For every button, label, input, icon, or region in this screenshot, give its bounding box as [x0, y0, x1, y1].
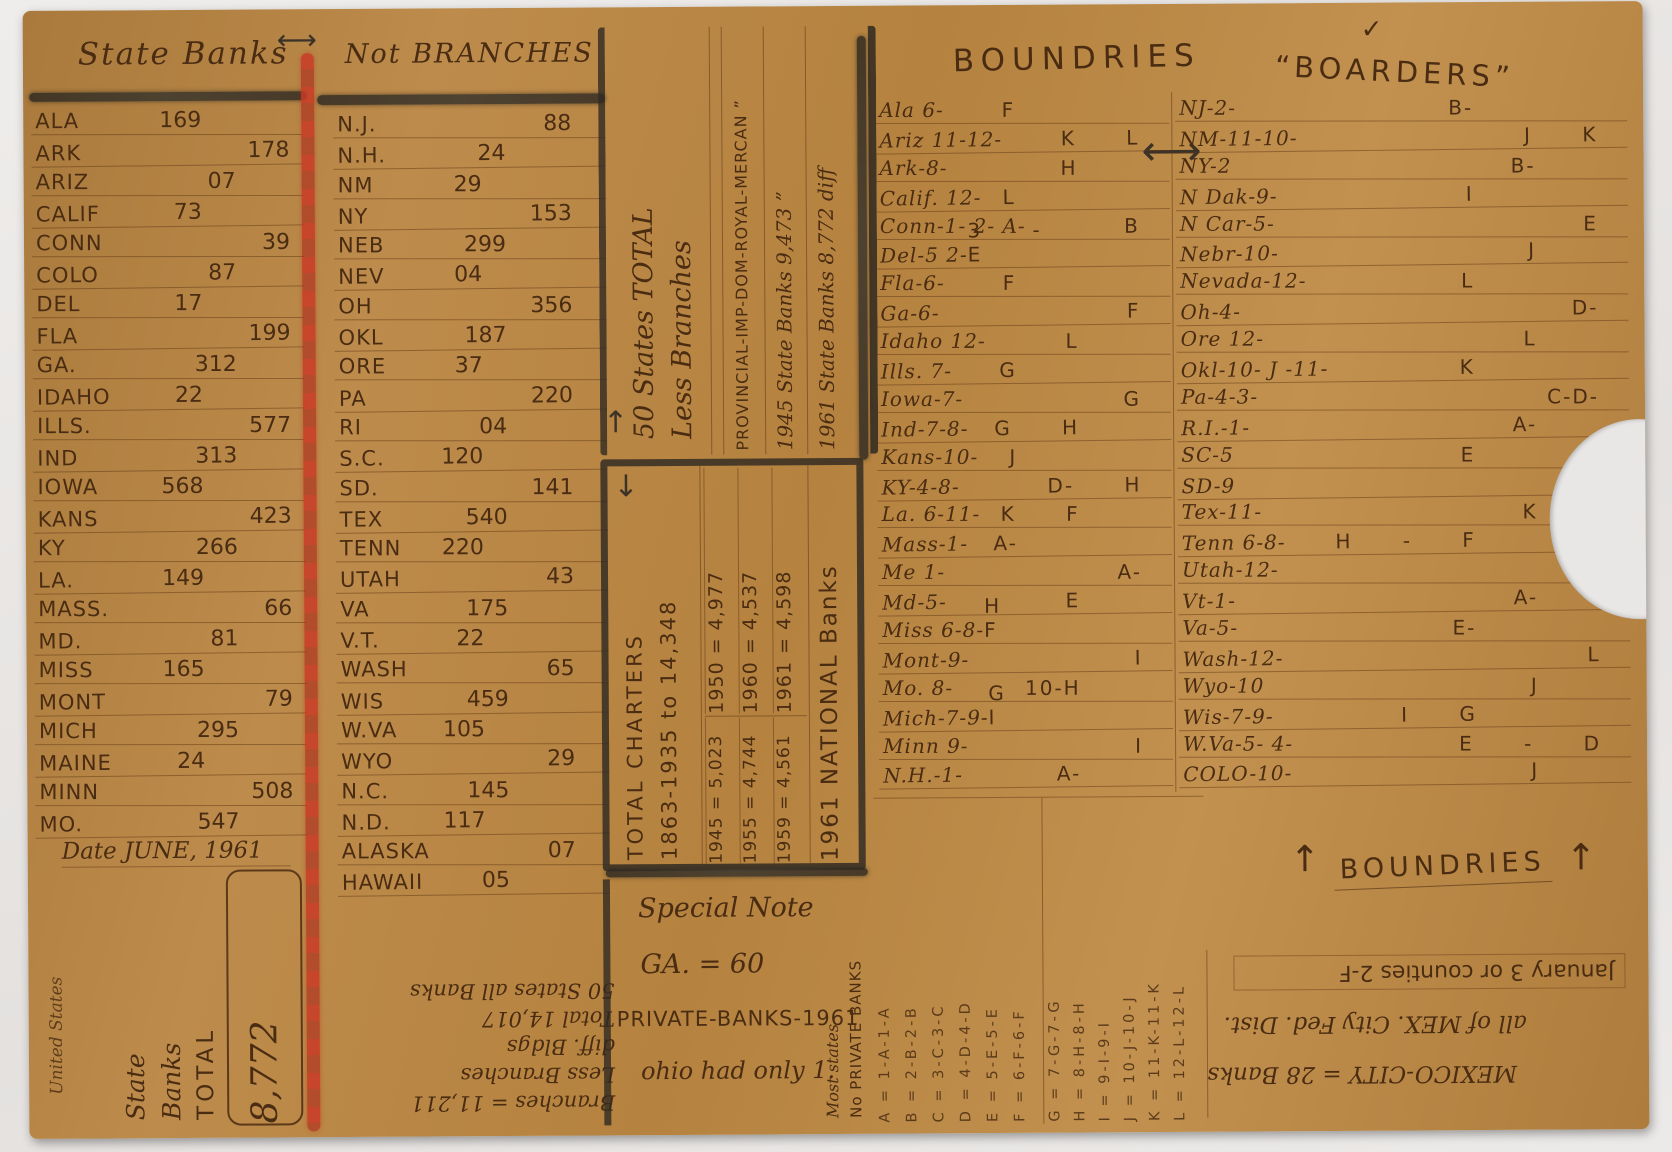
state-value: 73: [174, 199, 202, 224]
boundry-codes: I G: [1401, 701, 1477, 726]
state-value: 312: [195, 352, 237, 377]
cipher-line: G = 7-G-7-G: [1045, 800, 1063, 1122]
table-row: ILLS. 577: [33, 409, 305, 440]
boundry-codes: F: [1003, 271, 1017, 295]
boundry-state: Ind-7-8-: [881, 416, 969, 441]
state-value: 79: [265, 686, 293, 711]
boundry-state: Ills. 7-: [881, 359, 952, 384]
cipher-column: I = 9-I-9-I: [1095, 799, 1122, 1121]
state-label: N.D.: [341, 810, 391, 835]
state-value: 568: [161, 474, 203, 499]
mexico-note-line1: January 3 or counties 2-F: [1233, 953, 1625, 990]
table-row: S.C. 120: [335, 440, 607, 474]
boundry-row: N Dak-9- I: [1176, 176, 1628, 210]
boundry-row: Pa-4-3- C-D-: [1177, 381, 1629, 410]
table-row: MAINE 24: [35, 743, 307, 777]
boundry-row: W.Va-5- 4- E - D: [1179, 728, 1631, 757]
state-value: 149: [162, 565, 204, 591]
boundry-codes: I: [1134, 645, 1142, 669]
table-row: TEX 540: [335, 500, 607, 534]
state-value: 37: [455, 354, 483, 379]
state-label: MASS.: [38, 597, 109, 621]
boundry-state: Iowa-7-: [881, 387, 963, 411]
boundry-codes: G H: [994, 415, 1079, 440]
cipher-line: I = 9-I-9-I: [1095, 799, 1113, 1121]
boundries-left-table: Ala 6- F Ariz 11-12- K L Ark-8- H Calif.…: [875, 94, 1173, 789]
state-value: 120: [441, 445, 483, 471]
special-note-line4: ohio had only 1.: [641, 1056, 835, 1085]
state-value: 145: [467, 778, 509, 803]
state-label: HAWAII: [342, 871, 424, 896]
table-row: MISS 165: [35, 653, 307, 684]
special-note-box: Special Note GA. = 60 PRIVATE-BANKS-1961…: [603, 878, 874, 1126]
boundry-row: Mo. 8- 10-H: [879, 673, 1173, 702]
cipher-column: C = 3-C-3-C: [929, 800, 958, 1122]
state-label: WIS: [341, 689, 385, 714]
bottom-boundries-label-group: ↑ BOUNDRIES ↑: [1290, 837, 1590, 887]
state-label: PA: [339, 386, 367, 410]
boundry-state: Va-5-: [1182, 616, 1238, 640]
boundry-row: Mich-7-9- G I: [879, 700, 1173, 732]
table-row: W.VA 105: [337, 714, 609, 745]
year-value: 1960 = 4,537: [738, 467, 762, 713]
boundry-row: Del-5 2- 3 - E: [876, 238, 1170, 270]
table-row: N.H. 24: [333, 137, 605, 171]
state-label: MISS: [39, 658, 94, 682]
arrow-up-icon: ↑: [1290, 839, 1320, 880]
grid-cell: 1959 = 4,561: [773, 717, 808, 863]
state-value: 43: [546, 565, 574, 590]
boundry-codes: L: [1002, 185, 1015, 209]
boundry-codes: B-: [1511, 153, 1536, 177]
most-states-note: Most states: [822, 882, 842, 1118]
table-row: IND 313: [33, 438, 305, 472]
table-row: FLA 199: [32, 316, 304, 350]
red-crayon-line: [301, 53, 321, 1131]
year-value: 1945 = 5,023: [706, 718, 727, 864]
boundry-codes: I: [1135, 733, 1143, 757]
boundry-state: Wyo-10: [1183, 673, 1265, 697]
state-label: TEX: [340, 507, 384, 532]
state-label: CALIF: [36, 201, 100, 226]
boundry-state: Ala 6-: [879, 98, 944, 122]
state-value: 22: [456, 626, 484, 651]
table-row: NY 153: [334, 197, 606, 231]
boundry-codes: J: [1531, 673, 1539, 697]
table-row: WASH 65: [337, 653, 609, 684]
boundry-state: NY-2: [1180, 153, 1232, 177]
state-value: 299: [464, 233, 506, 258]
cipher-column: D = 4-D-4-D: [956, 800, 985, 1122]
table-row: KY 266: [34, 531, 306, 562]
state-label: DEL: [36, 292, 80, 316]
cipher-column: H = 8-H-8-H: [1070, 799, 1097, 1121]
state-value: 05: [482, 868, 510, 893]
boundry-codes: H: [1060, 155, 1077, 179]
state-value: 39: [262, 229, 290, 254]
cipher-line: L = 12-L-12-L: [1170, 799, 1188, 1121]
boundry-row: Okl-10- J -11- K: [1177, 350, 1629, 384]
boundry-row: Mont-9- I: [878, 642, 1172, 674]
bottom-boundries-label: BOUNDRIES: [1333, 846, 1552, 891]
grid-cell: 1960 = 4,537: [737, 467, 773, 713]
state-label: KY: [38, 536, 66, 560]
charcoal-horizontal-smudge: [606, 868, 868, 878]
boundry-codes: C-D-: [1547, 384, 1599, 408]
boundry-codes: 10-H: [1025, 675, 1081, 699]
table-row: KANS 423: [33, 499, 305, 533]
table-row: ARIZ 07: [32, 165, 304, 196]
state-label: CONN: [36, 231, 103, 255]
fifty-states-total: 50 States TOTAL: [627, 39, 660, 439]
no-private-banks-note: No PRIVATE BANKS: [846, 882, 865, 1118]
boundry-state: Mass-1-: [882, 532, 968, 557]
state-label: RI: [339, 416, 362, 440]
boundry-row: Ga-6- F: [876, 295, 1170, 327]
boundry-codes: A-: [1513, 412, 1538, 436]
state-value: 459: [467, 687, 509, 713]
state-label: ARIZ: [36, 170, 90, 194]
boundry-codes: I: [1466, 181, 1474, 205]
boundry-row: Nebr-10- J: [1176, 234, 1628, 268]
boundry-state: N.H.-1-: [883, 763, 963, 788]
boundry-row: Ariz 11-12- K L: [875, 122, 1169, 154]
total-charters-line1: TOTAL CHARTERS: [621, 472, 647, 860]
state-value: 178: [247, 137, 289, 163]
table-row: SD. 141: [335, 472, 607, 503]
mexico-note-line3: MEXICO-CITY = 28 Banks: [1187, 1060, 1517, 1088]
mexico-note-line2: all of MEX. City Fed. Dist.: [1197, 1010, 1527, 1038]
state-label: MAINE: [39, 750, 112, 775]
boundries-header: BOUNDRIES: [952, 38, 1201, 80]
state-label: OH: [338, 294, 372, 318]
boundry-row: Calif. 12- L: [876, 180, 1170, 212]
total-charters-line2: 1863-1935 to 14,348: [655, 472, 681, 860]
state-label: N.C.: [341, 779, 389, 803]
state-label: KANS: [38, 506, 99, 531]
state-value: 29: [547, 747, 575, 772]
boundry-codes: A-: [1057, 762, 1082, 786]
boundry-state: Tenn 6-8-: [1182, 530, 1286, 555]
cipher-line: B = 2-B-2-B: [902, 801, 920, 1123]
boundry-row: Vt-1- A-: [1178, 581, 1630, 615]
boundry-state: Ga-6-: [880, 301, 939, 326]
upside-down-notes: Branches = 11,211 Less Branches diff. Bl…: [328, 905, 615, 1121]
boundry-codes: L: [1461, 269, 1474, 293]
boarders-header: “BOARDERS”: [1274, 49, 1515, 94]
state-value: 17: [174, 291, 202, 316]
state-label: OKL: [338, 326, 383, 351]
upside-note-line: Total 14,017: [329, 1007, 615, 1030]
national-grid-upper: 1950 = 4,977 1960 = 4,537 1961 = 4,598: [703, 467, 807, 714]
grid-cell: 1961 = 4,598: [771, 467, 807, 713]
table-row: LA. 149: [34, 560, 306, 594]
boundry-state: NJ-2-: [1179, 96, 1236, 120]
state-label: MICH: [39, 719, 98, 743]
state-label: ARK: [35, 140, 81, 165]
table-row: OH 356: [334, 290, 606, 321]
boundry-row: NM-11-10- J K: [1175, 119, 1627, 153]
boundry-codes: F: [1127, 299, 1141, 323]
boundry-codes: H F: [984, 594, 1018, 642]
boundry-codes: E-: [1452, 615, 1476, 639]
state-label: V.T.: [340, 629, 380, 653]
boundry-row: Oh-4- D-: [1176, 292, 1628, 326]
state-value: 153: [530, 201, 572, 227]
upside-note-line: Less Branches: [329, 1063, 615, 1086]
state-label: UTAH: [340, 568, 401, 593]
boundry-state: Oh-4-: [1180, 300, 1241, 325]
boundry-state: Minn 9-: [883, 733, 969, 757]
state-value: 577: [249, 412, 291, 437]
state-value: 24: [477, 141, 505, 166]
charcoal-underline: [29, 91, 307, 102]
boundry-row: Ind-7-8- G H: [877, 411, 1171, 443]
cipher-grid: A = 1-A-1-A B = 2-B-2-B C = 3-C-3-C D = …: [873, 796, 1205, 1125]
grid-cell: 1950 = 4,977: [703, 468, 739, 714]
state-value: 508: [251, 778, 293, 803]
cipher-column: K = 11-K-11-K: [1145, 799, 1172, 1121]
boundry-codes: G: [1123, 387, 1141, 411]
state-label: ALASKA: [342, 840, 430, 864]
total-word-banks: Banks: [156, 894, 186, 1120]
table-row: IDAHO 22: [33, 377, 305, 411]
boundry-state: Nevada-12-: [1180, 269, 1306, 293]
table-row: MINN 508: [35, 775, 307, 806]
state-label: ALA: [35, 109, 79, 133]
boundry-row: COLO-10- J: [1179, 754, 1631, 788]
boundry-row: Fla-6- F: [876, 268, 1170, 297]
boundry-state: Nebr-10-: [1180, 241, 1279, 266]
table-row: ARK 178: [31, 133, 303, 167]
table-row: ORE 37: [335, 350, 607, 381]
boundry-row: Ore 12- L: [1177, 323, 1629, 352]
boundry-state: SC-5: [1181, 442, 1234, 466]
boundry-codes: B-: [1448, 95, 1473, 119]
table-row: ALASKA 07: [338, 835, 610, 866]
cipher-line: F = 6-F-6-F: [1010, 800, 1028, 1122]
grid-cell: 1945 = 5,023: [705, 718, 740, 864]
state-label: GA.: [37, 353, 77, 377]
not-branches-table: N.J. 88 N.H. 24 NM 29 NY 153: [333, 107, 610, 896]
cipher-line: H = 8-H-8-H: [1070, 799, 1088, 1121]
state-label: N.J.: [337, 113, 376, 137]
boundry-state: SD-9: [1181, 473, 1235, 498]
table-row: PA 220: [335, 379, 607, 413]
boundry-row: Minn 9- I: [879, 730, 1173, 759]
state-value: 540: [466, 505, 508, 531]
state-value: 547: [197, 808, 239, 834]
state-value: 220: [531, 383, 573, 409]
state-value: 87: [208, 259, 236, 284]
state-value: 165: [163, 657, 205, 682]
boundry-codes: E: [1461, 442, 1476, 466]
less-branches: Less Branches: [665, 39, 698, 439]
cipher-column: B = 2-B-2-B: [902, 800, 931, 1122]
boundry-state: Mich-7-9-: [883, 705, 989, 730]
table-row: HAWAII 05: [338, 864, 610, 898]
state-value: 07: [548, 839, 576, 864]
table-row: MD. 81: [34, 621, 306, 655]
boundry-state: Utah-12-: [1182, 558, 1279, 582]
boundry-row: NJ-2- B-: [1175, 92, 1627, 121]
boundry-state: Wash-12-: [1182, 646, 1283, 671]
table-row: WYO 29: [337, 743, 609, 777]
boundry-state: N Car-5-: [1180, 211, 1275, 235]
boundry-state: W.Va-5- 4-: [1183, 731, 1293, 755]
table-row: OKL 187: [334, 319, 606, 353]
state-label: ORE: [339, 355, 386, 379]
state-label: NM: [338, 173, 374, 197]
double-arrow-icon: ⟷: [277, 23, 317, 56]
boundry-row: Ark-8- H: [876, 153, 1170, 182]
boundry-row: Mass-1- A-: [878, 526, 1172, 558]
table-row: COLO 87: [32, 255, 304, 289]
middle-lower-box: TOTAL CHARTERS 1863-1935 to 14,348 1950 …: [600, 458, 866, 872]
boundry-state: Pa-4-3-: [1181, 384, 1258, 408]
boundry-state: Wis-7-9-: [1183, 704, 1274, 729]
year-value: 1959 = 4,561: [774, 717, 795, 863]
boundry-codes: K: [1460, 355, 1475, 379]
state-value: 141: [531, 475, 573, 500]
boundry-state: R.I.-1-: [1181, 415, 1250, 440]
state-banks-table: ALA 169 ARK 178 ARIZ 07 CALIF 73: [31, 103, 307, 837]
boundry-state: Vt-1-: [1182, 589, 1236, 614]
boundry-state: NM-11-10-: [1179, 126, 1297, 151]
boundry-row: La. 6-11- K F: [878, 499, 1172, 528]
boundry-state: Md-5-: [882, 590, 947, 615]
table-row: DEL 17: [32, 287, 304, 318]
total-word-total: TOTAL: [192, 894, 219, 1120]
boundry-row: Nevada-12- L: [1176, 266, 1628, 295]
boundry-state: Ark-8-: [880, 156, 948, 180]
table-row: ALA 169: [31, 104, 303, 135]
cipher-line: C = 3-C-3-C: [929, 800, 947, 1122]
grid-cell: 1955 = 4,744: [739, 717, 774, 863]
cipher-line: J = 10-J-10-J: [1120, 799, 1138, 1121]
state-label: S.C.: [339, 447, 385, 472]
state-label: FLA: [36, 323, 78, 348]
state-value: 29: [454, 172, 482, 197]
state-label: NEB: [338, 234, 384, 258]
upside-note-line: 50 States all Banks: [329, 979, 615, 1002]
date-note: Date JUNE, 1961: [62, 837, 291, 867]
boundry-codes: J: [1009, 444, 1017, 468]
arrow-up-icon: ↑: [1566, 837, 1596, 878]
national-grid-lower: 1945 = 5,023 1955 = 4,744 1959 = 4,561: [705, 717, 808, 864]
banks-1945-line: 1945 State Banks 9,473 ”: [771, 30, 798, 450]
boundry-row: Md-5- E: [878, 584, 1172, 616]
boundry-state: Me 1-: [882, 560, 945, 584]
boundry-state: Mo. 8-: [883, 676, 953, 700]
boundry-state: Fla-6-: [880, 271, 944, 295]
banks-1961-line: 1961 State Banks 8,772 diff: [813, 30, 840, 450]
state-value: 22: [175, 382, 203, 407]
cipher-line: K = 11-K-11-K: [1145, 799, 1163, 1121]
boundry-codes: G I: [988, 681, 1019, 729]
state-value: 105: [443, 717, 485, 742]
table-row: MO. 547: [35, 804, 307, 838]
boundry-row: SC-5 E: [1177, 439, 1629, 468]
boundry-row: R.I.-1- A-: [1177, 408, 1629, 442]
boundry-codes: B: [1124, 213, 1140, 237]
cipher-column: G = 7-G-7-G: [1045, 800, 1072, 1122]
upside-note-line: diff. Bldgs: [329, 1035, 615, 1058]
table-row: N.J. 88: [333, 108, 605, 139]
table-row: MONT 79: [35, 682, 307, 716]
cipher-line: E = 5-E-5-E: [983, 800, 1001, 1122]
state-value: 04: [479, 414, 507, 439]
state-banks-title: State Banks: [78, 35, 289, 72]
year-value: 1961 = 4,598: [772, 467, 796, 713]
boundry-row: Kans-10- J: [877, 441, 1171, 470]
state-label: IDAHO: [37, 384, 111, 409]
cipher-block-2: G = 7-G-7-G H = 8-H-8-H I = 9-I-9-I J = …: [1045, 799, 1203, 1122]
state-label: NEV: [338, 265, 385, 290]
state-label: MINN: [39, 780, 99, 804]
boundry-state: Tex-11-: [1182, 500, 1263, 524]
boundry-codes: K F: [1001, 502, 1080, 526]
state-label: MONT: [39, 689, 106, 714]
state-value: 117: [443, 808, 485, 834]
boundry-codes: A-: [1118, 560, 1142, 584]
boundry-row: Wyo-10 J: [1179, 670, 1631, 699]
table-row: WIS 459: [337, 682, 609, 716]
boundry-codes: J: [1531, 758, 1539, 782]
cipher-column: A = 1-A-1-A: [875, 801, 904, 1123]
boundry-codes: G: [999, 358, 1017, 382]
state-label: VA: [340, 597, 369, 621]
state-value: 81: [210, 625, 238, 650]
arrow-up-icon: ↑: [603, 405, 628, 440]
boundry-row: N Car-5- E: [1176, 208, 1628, 237]
boundry-codes: K L: [1061, 125, 1140, 150]
cipher-line: D = 4-D-4-D: [956, 800, 974, 1122]
state-label: IND: [37, 445, 78, 470]
state-value: 313: [195, 442, 237, 468]
national-banks-heading: 1961 NATIONAL Banks: [815, 469, 843, 861]
state-label: MO.: [39, 811, 83, 836]
boundry-state: Okl-10- J -11-: [1181, 356, 1329, 382]
boundry-codes: D- H: [1047, 472, 1141, 497]
boundry-state: Del-5 2-: [880, 243, 968, 268]
table-row: V.T. 22: [336, 622, 608, 656]
state-label: WYO: [341, 750, 393, 775]
table-row: NEB 299: [334, 229, 606, 260]
state-label: W.VA: [341, 719, 397, 743]
table-row: MICH 295: [35, 714, 307, 745]
boundry-state: Idaho 12-: [881, 329, 986, 353]
boundry-state: COLO-10-: [1183, 761, 1292, 786]
state-label: LA.: [38, 567, 74, 591]
state-value: 04: [454, 263, 482, 288]
state-value: 187: [464, 323, 506, 349]
cardboard-note-card: State Banks ⟷ ALA 169 ARK 178 ARIZ 07: [23, 1, 1650, 1139]
table-row: CONN 39: [32, 226, 304, 257]
state-label: SD.: [339, 476, 378, 500]
state-value: 220: [442, 536, 484, 561]
cipher-line: A = 1-A-1-A: [875, 801, 893, 1123]
state-value: 65: [547, 657, 575, 682]
boundry-codes: D-: [1572, 295, 1599, 319]
boundry-codes: E: [1065, 588, 1080, 612]
photo-background: State Banks ⟷ ALA 169 ARK 178 ARIZ 07: [0, 0, 1672, 1152]
boundry-state: Miss 6-8-: [882, 618, 984, 642]
boundry-state: Kans-10-: [881, 444, 978, 468]
state-value: 295: [197, 718, 239, 743]
boundry-row: Idaho 12- L: [877, 326, 1171, 355]
upside-note-line: Branches = 11,211: [329, 1091, 615, 1114]
